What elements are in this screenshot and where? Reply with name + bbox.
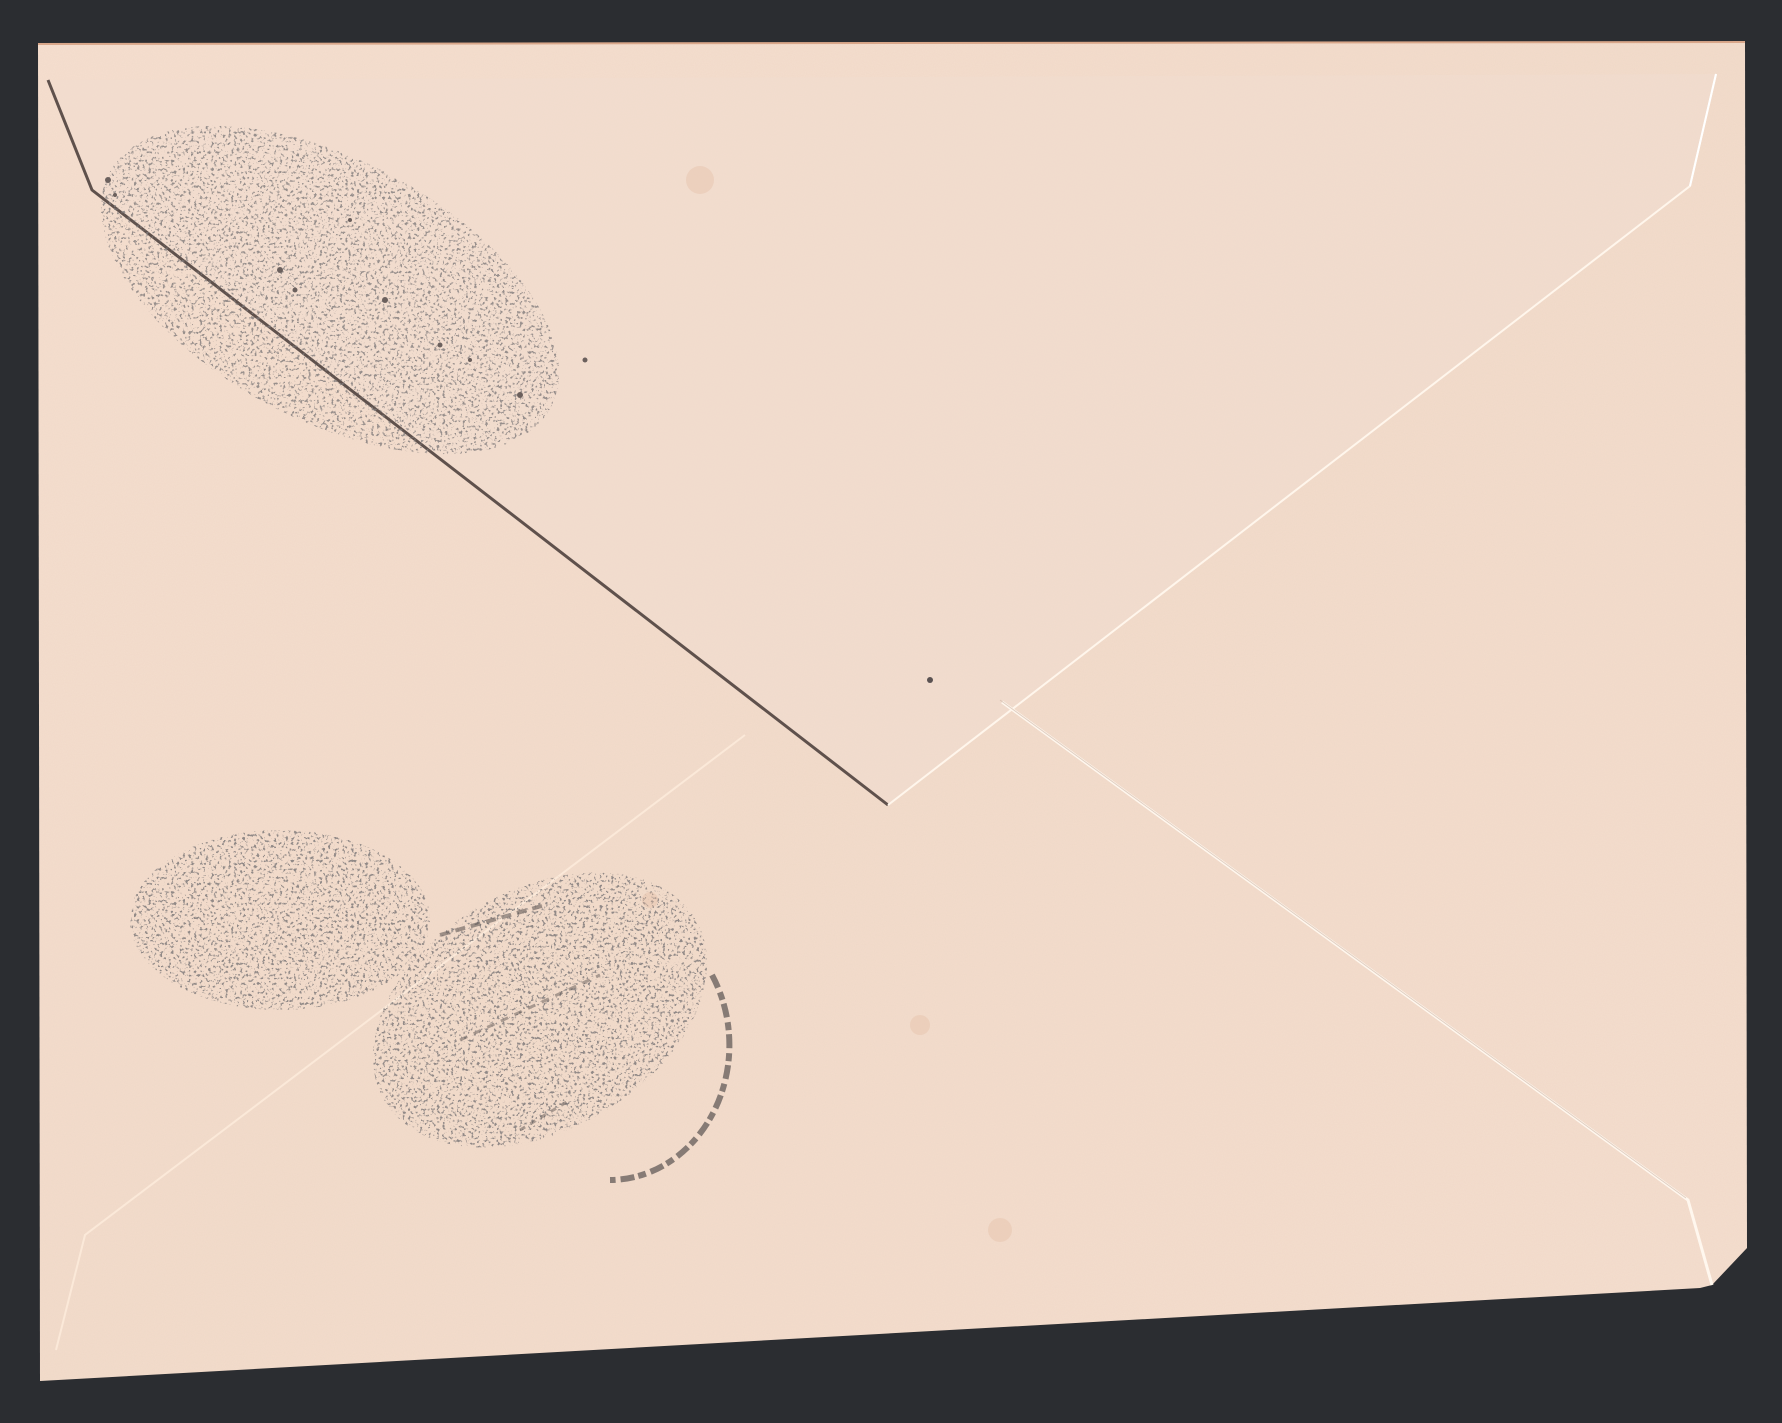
envelope [38,42,1747,1381]
dark-speck [927,677,933,683]
envelope-photo [0,0,1782,1423]
